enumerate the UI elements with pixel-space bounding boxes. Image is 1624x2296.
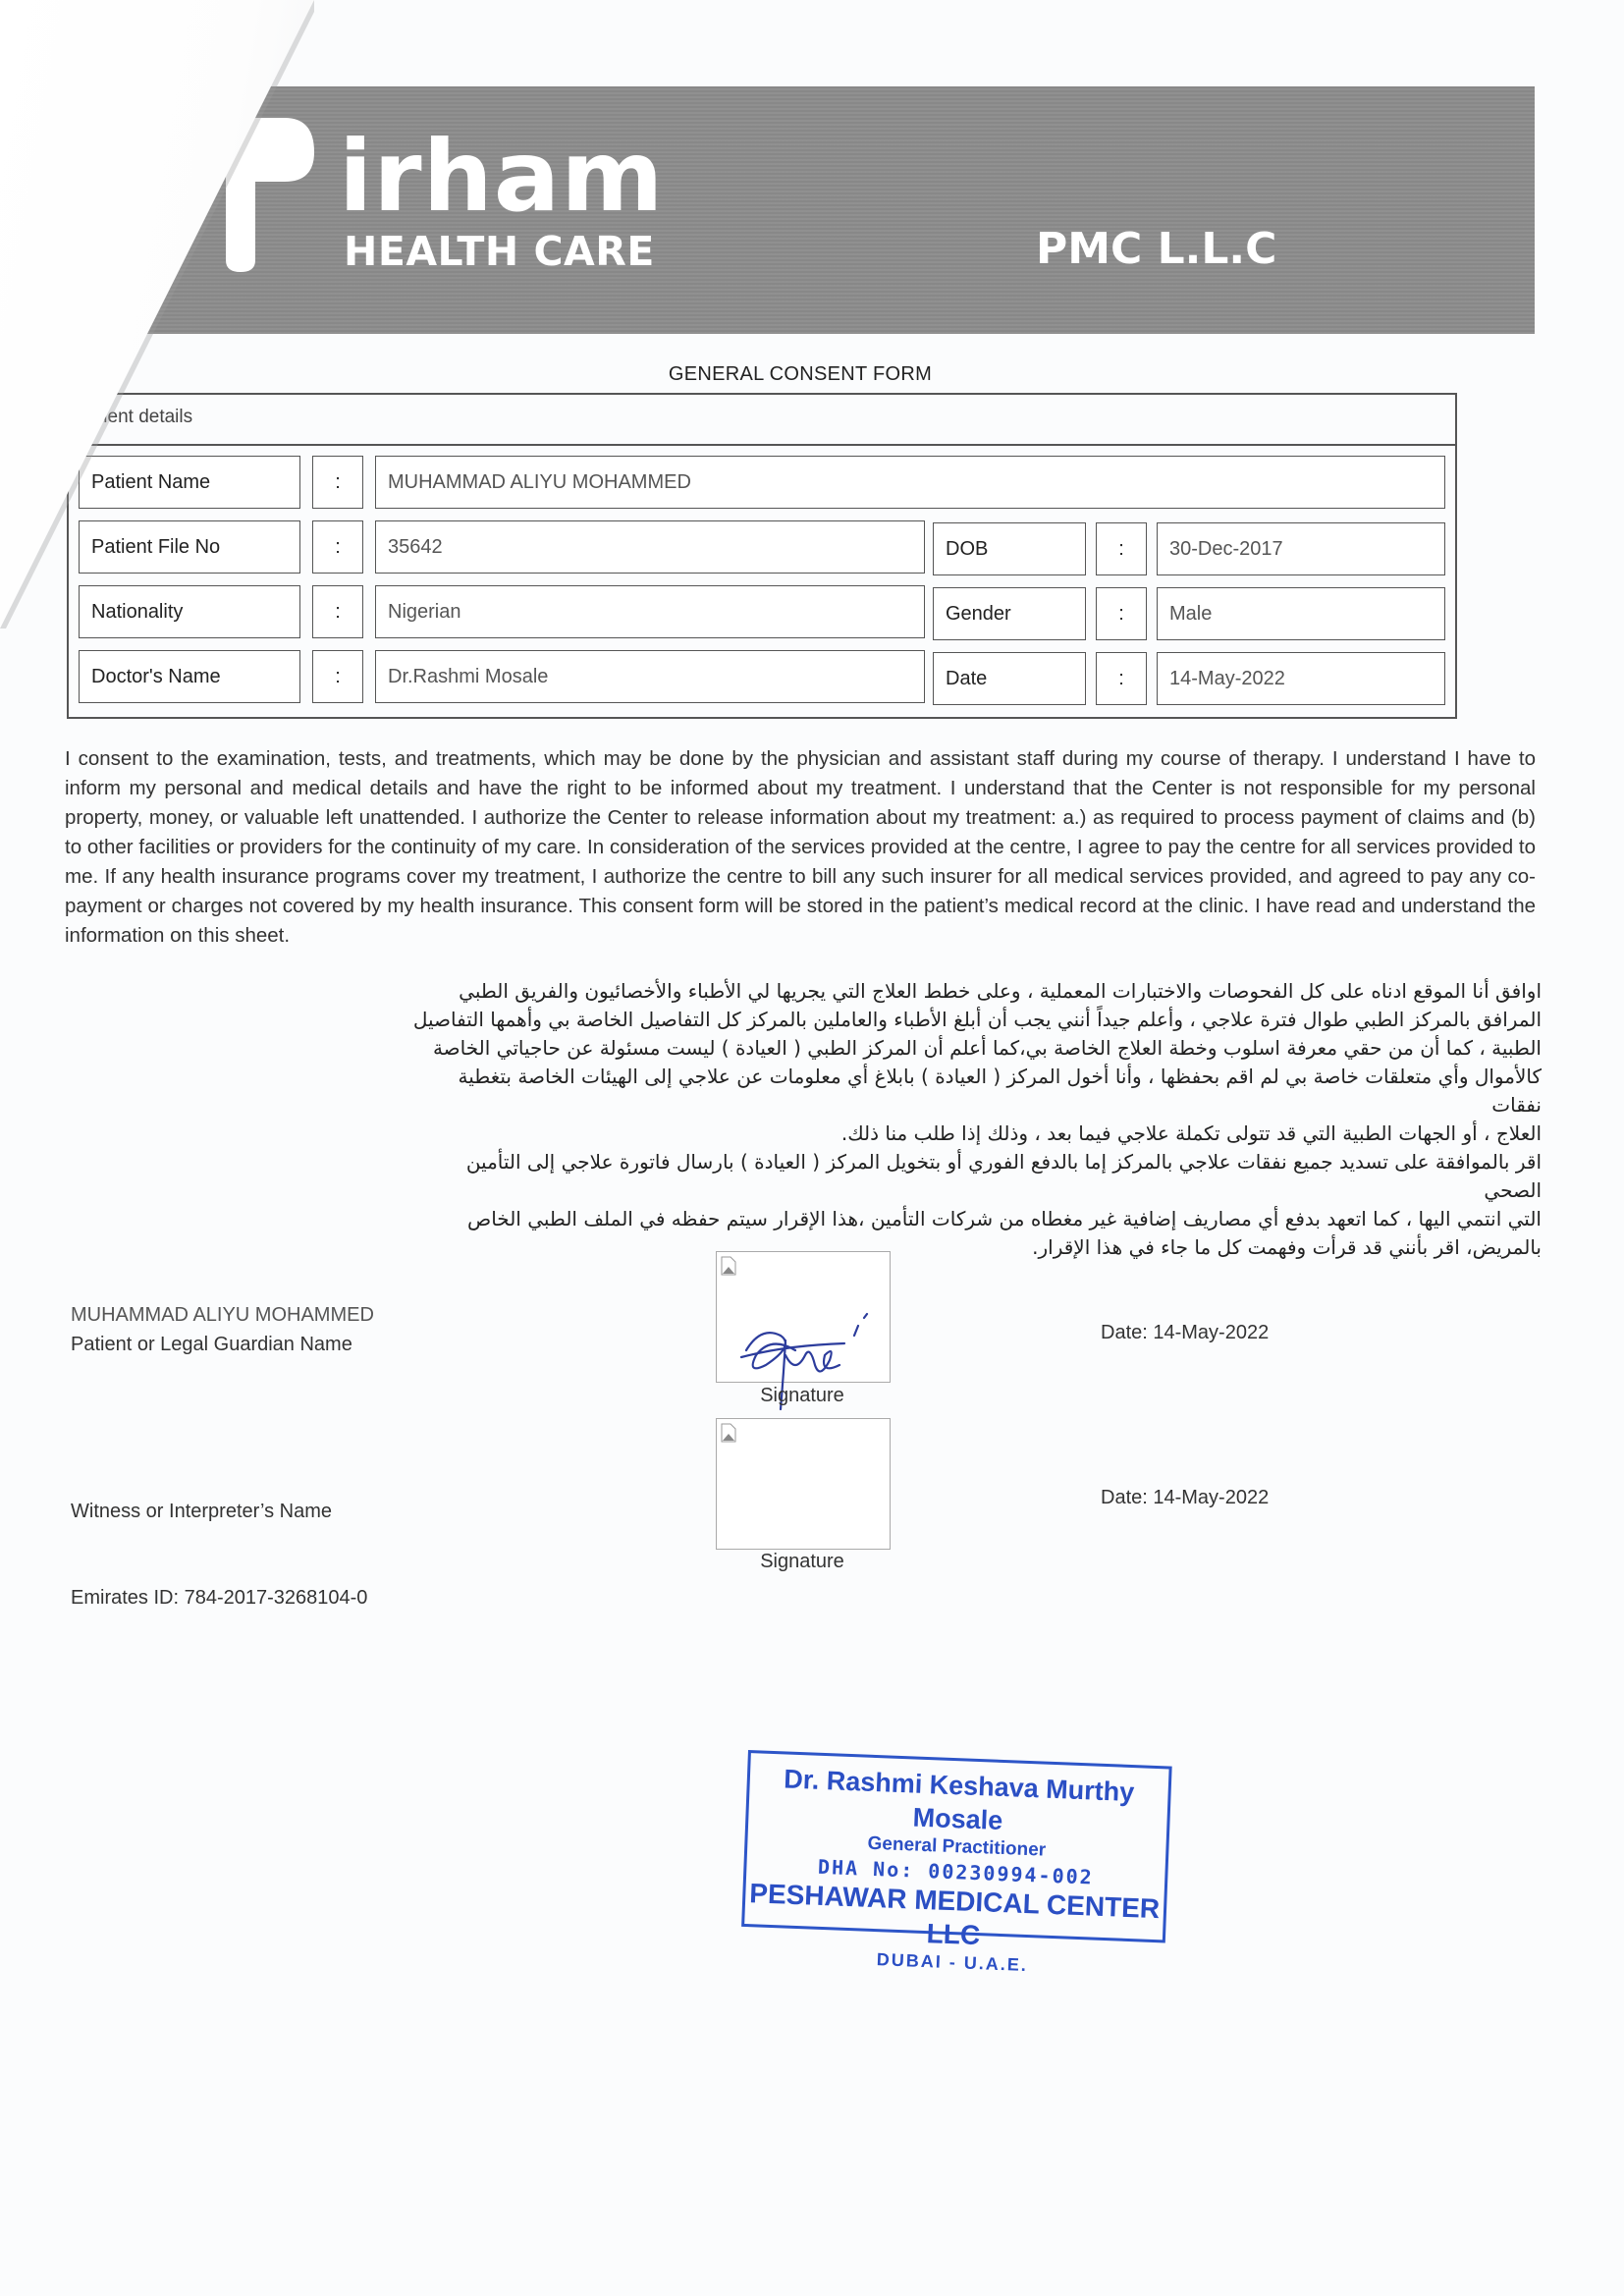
emirates-id: Emirates ID: 784-2017-3268104-0	[71, 1583, 367, 1613]
patient-caption: Patient or Legal Guardian Name	[71, 1330, 352, 1359]
doctor-name-label: Doctor's Name	[79, 650, 300, 703]
patient-details-header: tient details	[69, 395, 1455, 446]
dob-label: DOB	[933, 522, 1086, 575]
logo-wordmark: irham	[339, 128, 664, 226]
patient-signature-date: Date: 14-May-2022	[1101, 1322, 1269, 1344]
nationality-label: Nationality	[79, 585, 300, 638]
arabic-line: اوافق أنا الموقع ادناه على كل الفحوصات و…	[412, 977, 1542, 1006]
consent-text-arabic: اوافق أنا الموقع ادناه على كل الفحوصات و…	[412, 977, 1542, 1262]
patient-name-signed: MUHAMMAD ALIYU MOHAMMED	[71, 1300, 374, 1330]
date-label: Date	[933, 652, 1086, 705]
colon: :	[312, 520, 363, 574]
file-no-label: Patient File No	[79, 520, 300, 574]
broken-image-icon	[721, 1423, 736, 1443]
file-no-field[interactable]: 35642	[375, 520, 925, 574]
colon: :	[312, 650, 363, 703]
nationality-field[interactable]: Nigerian	[375, 585, 925, 638]
arabic-line: بالمريض، اقر بأنني قد قرأت وفهمت كل ما ج…	[412, 1233, 1542, 1262]
doctor-stamp: Dr. Rashmi Keshava Murthy Mosale General…	[741, 1750, 1172, 1942]
colon: :	[1096, 587, 1147, 640]
gender-field[interactable]: Male	[1157, 587, 1445, 640]
patient-signature-label: Signature	[716, 1385, 889, 1407]
witness-signature-label: Signature	[716, 1551, 889, 1573]
doctor-name-field[interactable]: Dr.Rashmi Mosale	[375, 650, 925, 703]
patient-details-panel: tient details Patient Name : MUHAMMAD AL…	[67, 393, 1457, 719]
colon: :	[312, 456, 363, 509]
witness-signature-box[interactable]	[716, 1418, 891, 1550]
patient-name-field[interactable]: MUHAMMAD ALIYU MOHAMMED	[375, 456, 1445, 509]
dob-field[interactable]: 30-Dec-2017	[1157, 522, 1445, 575]
colon: :	[312, 585, 363, 638]
broken-image-icon	[721, 1256, 736, 1276]
arabic-line: التي انتمي اليها ، كما اتعهد بدفع أي مصا…	[412, 1205, 1542, 1233]
patient-name-label: Patient Name	[79, 456, 300, 509]
arabic-line: كالأموال وأي متعلقات خاصة بي لم اقم بحفظ…	[412, 1063, 1542, 1120]
arabic-line: المرافق بالمركز الطبي طوال فترة علاجي ، …	[412, 1006, 1542, 1034]
arabic-line: العلاج ، أو الجهات الطبية التي قد تتولى …	[412, 1120, 1542, 1148]
consent-text-english: I consent to the examination, tests, and…	[65, 744, 1536, 951]
company-name: PMC L.L.C	[1036, 224, 1276, 274]
colon: :	[1096, 652, 1147, 705]
gender-label: Gender	[933, 587, 1086, 640]
form-title: GENERAL CONSENT FORM	[0, 363, 1600, 386]
witness-signature-date: Date: 14-May-2022	[1101, 1487, 1269, 1509]
colon: :	[1096, 522, 1147, 575]
logo-subtitle: HEALTH CARE	[344, 228, 655, 275]
arabic-line: الطبية ، كما أن من حقي معرفة اسلوب وخطة …	[412, 1034, 1542, 1063]
witness-caption: Witness or Interpreter’s Name	[71, 1497, 332, 1526]
date-field[interactable]: 14-May-2022	[1157, 652, 1445, 705]
arabic-line: اقر بالموافقة على تسديد جميع نفقات علاجي…	[412, 1148, 1542, 1205]
